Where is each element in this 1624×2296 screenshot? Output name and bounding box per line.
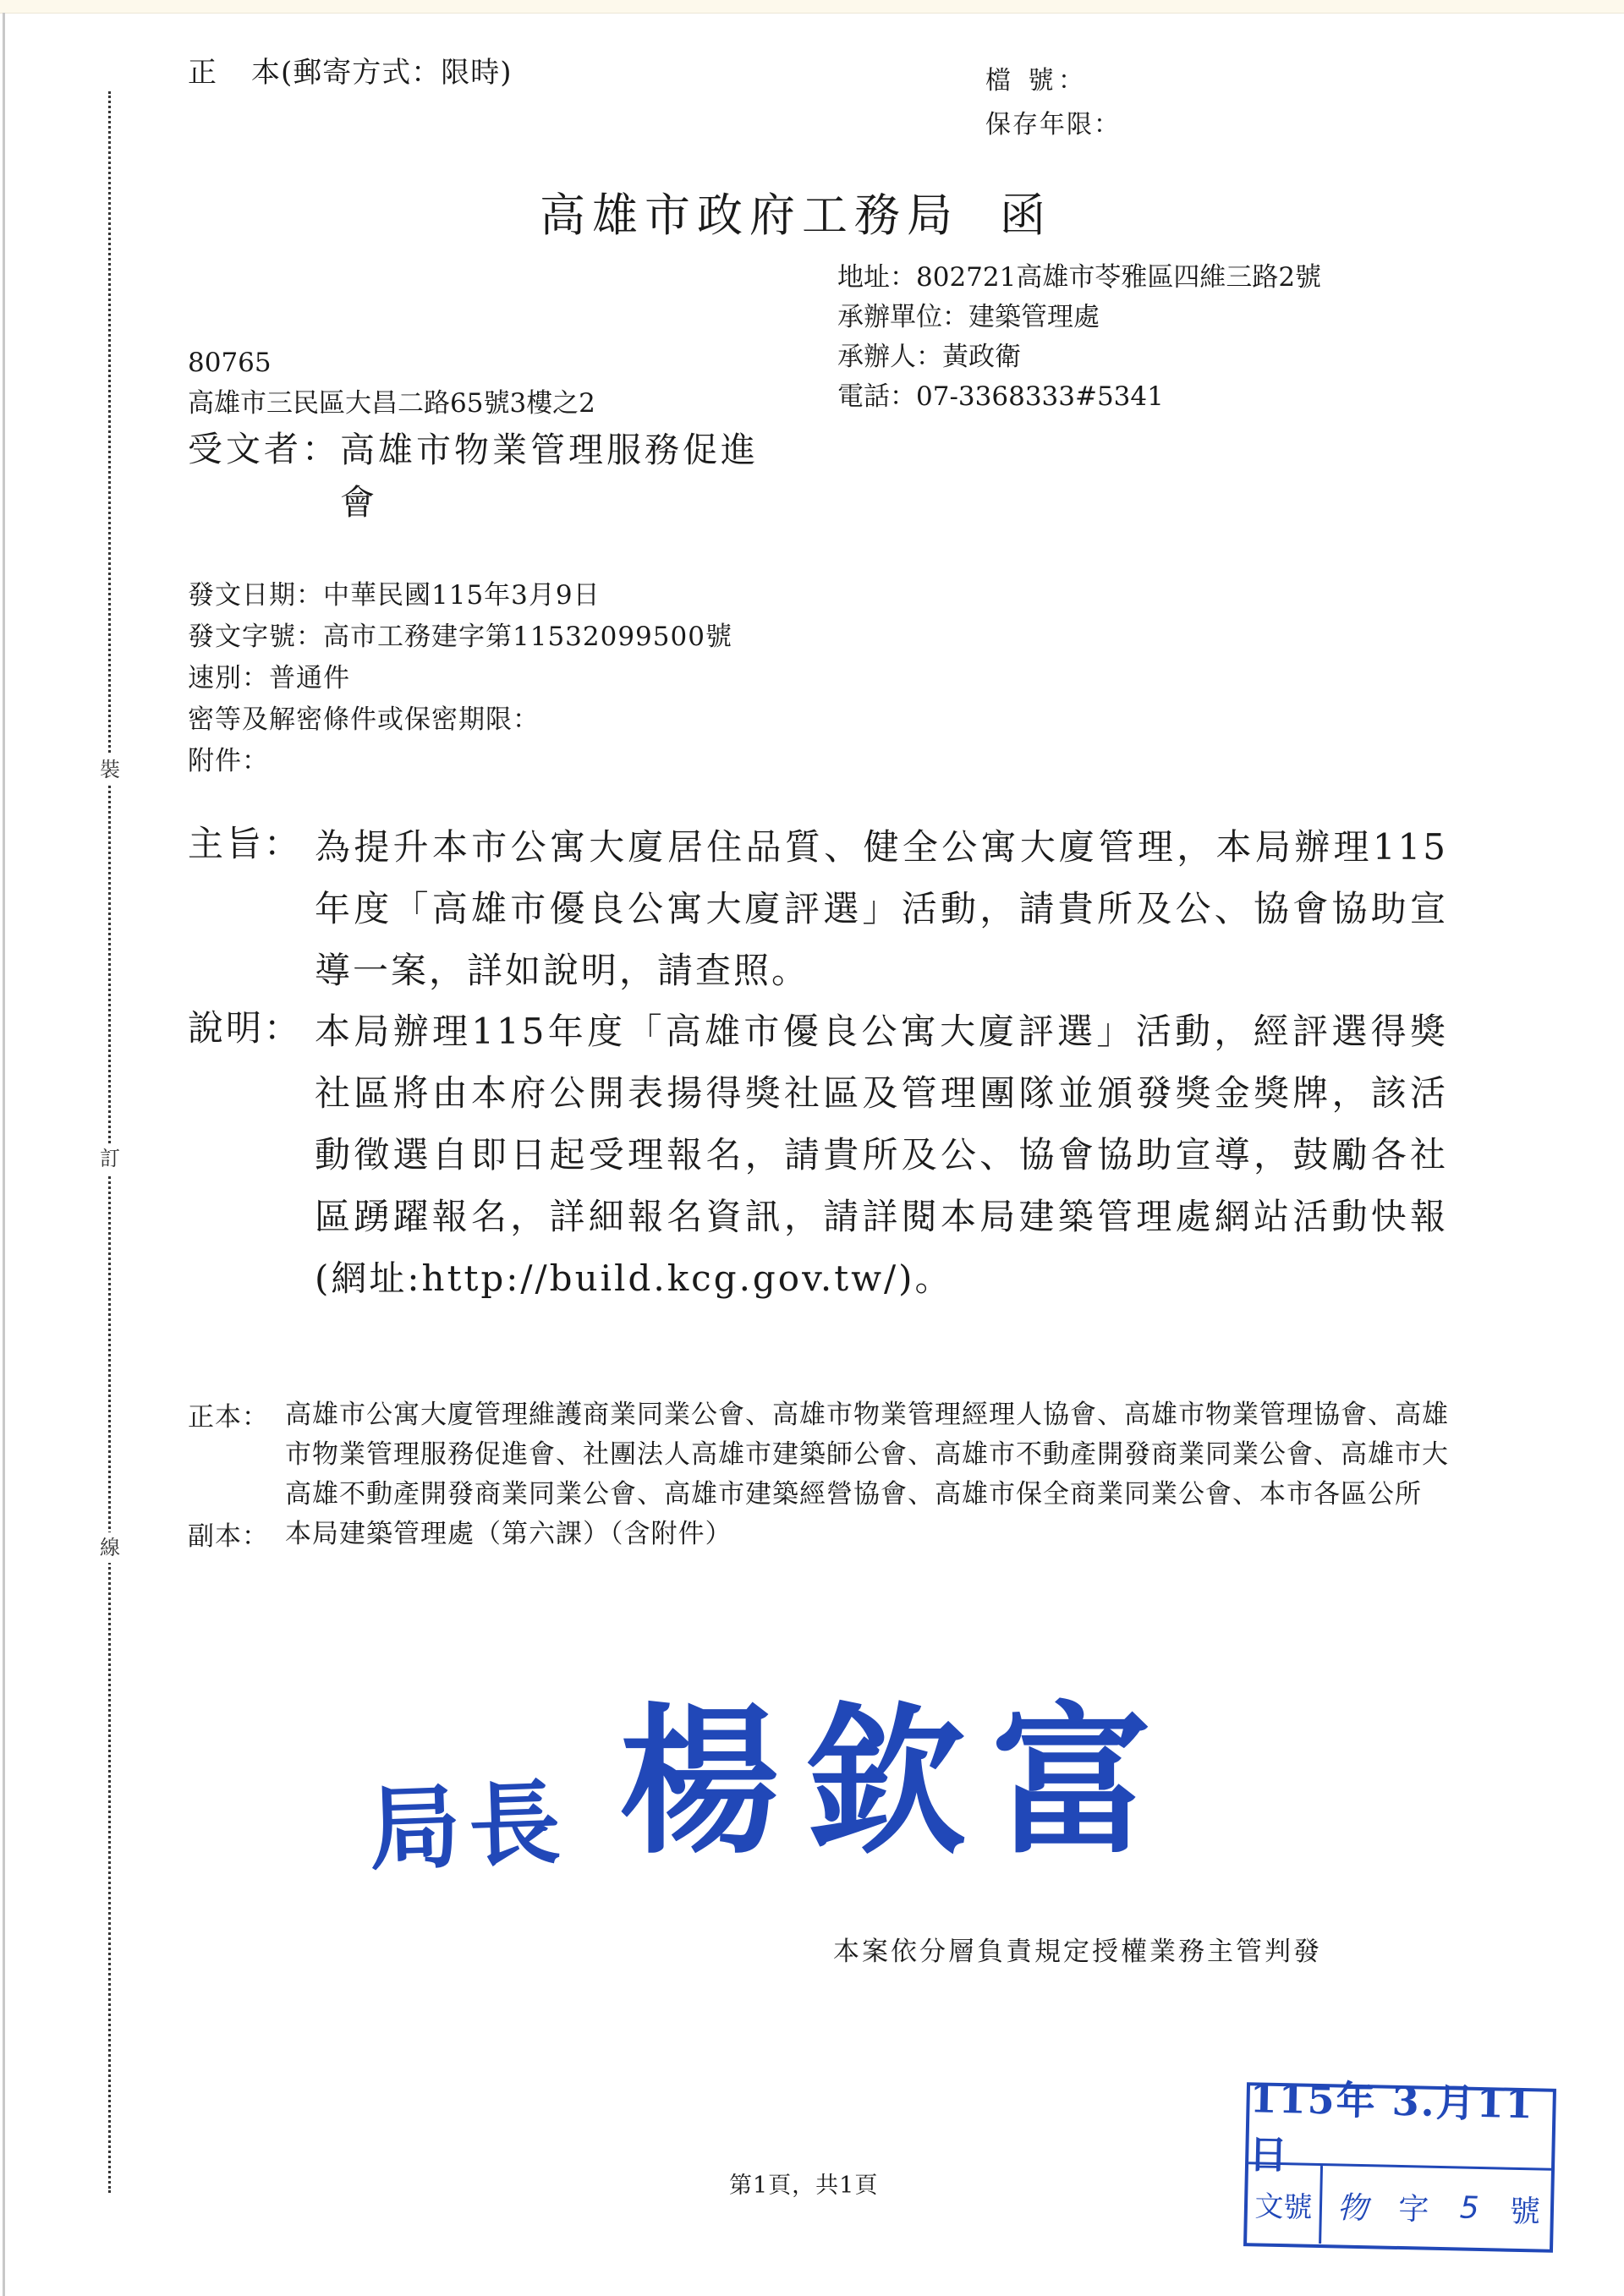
delivery-speed: 速別：普通件 bbox=[188, 658, 732, 699]
scan-left-edge bbox=[3, 13, 5, 2296]
file-number-label-b: 號： bbox=[1029, 66, 1085, 96]
issue-date: 發文日期：中華民國115年3月9日 bbox=[188, 575, 732, 616]
sender-phone: 電話：07-3368333#5341 bbox=[837, 377, 1321, 417]
receipt-number-value: 物 字 5 號 bbox=[1321, 2166, 1551, 2249]
original-recipients-row: 正本： 高雄市公寓大廈管理維護商業同業公會、高雄市物業管理經理人協會、高雄市物業… bbox=[188, 1395, 1457, 1515]
copy-recipients-text: 本局建築管理處（第六課）（含附件） bbox=[285, 1515, 1457, 1554]
recipient-row: 受文者： 高雄市物業管理服務促進會 bbox=[188, 424, 780, 529]
binding-dotted-line bbox=[108, 91, 111, 2193]
binding-mark-zhuang: 裝 bbox=[95, 754, 125, 785]
sender-info: 地址：802721高雄市苓雅區四維三路2號 承辦單位：建築管理處 承辦人：黃政衛… bbox=[837, 258, 1321, 417]
secrecy-level: 密等及解密條件或保密期限： bbox=[188, 699, 732, 741]
scan-top-edge bbox=[0, 0, 1624, 14]
copy-type-char-2: 本 bbox=[251, 56, 281, 90]
copy-recipients-row: 副本： 本局建築管理處（第六課）（含附件） bbox=[188, 1515, 1457, 1554]
recipient-name: 高雄市物業管理服務促進會 bbox=[340, 424, 780, 529]
sender-unit: 承辦單位：建築管理處 bbox=[837, 298, 1321, 337]
receipt-stamp: 115年 3.月11日 文號 物 字 5 號 bbox=[1243, 2082, 1556, 2253]
original-recipients-label: 正本： bbox=[188, 1395, 285, 1515]
doc-kind: 函 bbox=[1000, 189, 1052, 242]
receipt-number: 5 bbox=[1459, 2190, 1479, 2225]
file-meta: 檔 號： 保存年限： bbox=[985, 59, 1121, 147]
recipient-block: 80765 高雄市三民區大昌二路65號3樓之2 受文者： 高雄市物業管理服務促進… bbox=[188, 342, 780, 529]
subject-section: 主旨： 為提升本市公寓大廈居住品質、健全公寓大廈管理，本局辦理115年度「高雄市… bbox=[188, 816, 1457, 1001]
explanation-text: 本局辦理115年度「高雄市優良公寓大廈評選」活動，經評選得獎社區將由本府公開表揚… bbox=[315, 1000, 1448, 1309]
receipt-date: 115年 3.月11日 bbox=[1248, 2085, 1553, 2170]
distribution-list: 正本： 高雄市公寓大廈管理維護商業同業公會、高雄市物業管理經理人協會、高雄市物業… bbox=[188, 1395, 1457, 1554]
original-recipients-text: 高雄市公寓大廈管理維護商業同業公會、高雄市物業管理經理人協會、高雄市物業管理協會… bbox=[285, 1395, 1457, 1515]
subject-text: 為提升本市公寓大廈居住品質、健全公寓大廈管理，本局辦理115年度「高雄市優良公寓… bbox=[315, 816, 1448, 1001]
director-signature-stamp: 局長楊欽富 bbox=[369, 1653, 1177, 1884]
signature-title: 局長 bbox=[366, 1750, 570, 1888]
file-number-row: 檔 號： bbox=[985, 59, 1121, 103]
signature-name: 楊欽富 bbox=[619, 1653, 1177, 1884]
recipient-label: 受文者： bbox=[188, 424, 340, 529]
sender-address: 地址：802721高雄市苓雅區四維三路2號 bbox=[837, 258, 1321, 298]
page-number: 第1頁，共1頁 bbox=[729, 2167, 878, 2200]
file-number-label-a: 檔 bbox=[985, 66, 1015, 96]
binding-mark-xian: 線 bbox=[95, 1532, 125, 1563]
delegation-note: 本案依分層負責規定授權業務主管判發 bbox=[833, 1930, 1322, 1968]
sender-handler: 承辦人：黃政衛 bbox=[837, 337, 1321, 377]
delivery-method: (郵寄方式：限時) bbox=[281, 56, 513, 90]
document-info: 發文日期：中華民國115年3月9日 發文字號：高市工務建字第1153209950… bbox=[188, 575, 732, 782]
attachments: 附件： bbox=[188, 741, 732, 782]
subject-label: 主旨： bbox=[188, 816, 315, 1001]
document-header: 高雄市政府工務局函 bbox=[540, 179, 1052, 244]
receipt-number-row: 文號 物 字 5 號 bbox=[1247, 2164, 1551, 2248]
copy-type-line: 正本(郵寄方式：限時) bbox=[188, 49, 513, 90]
recipient-address: 高雄市三民區大昌二路65號3樓之2 bbox=[188, 383, 780, 424]
receipt-number-char: 字 bbox=[1398, 2184, 1429, 2228]
org-title: 高雄市政府工務局 bbox=[540, 189, 959, 242]
binding-mark-ding: 訂 bbox=[95, 1143, 125, 1174]
explanation-section: 說明： 本局辦理115年度「高雄市優良公寓大廈評選」活動，經評選得獎社區將由本府… bbox=[188, 1000, 1457, 1309]
explanation-label: 說明： bbox=[188, 1000, 315, 1309]
copy-recipients-label: 副本： bbox=[188, 1515, 285, 1554]
copy-type-char-1: 正 bbox=[188, 56, 217, 90]
retention-row: 保存年限： bbox=[985, 103, 1121, 147]
document-number: 發文字號：高市工務建字第11532099500號 bbox=[188, 616, 732, 658]
receipt-number-label: 文號 bbox=[1247, 2164, 1323, 2244]
receipt-number-suffix: 號 bbox=[1509, 2187, 1540, 2231]
recipient-zip: 80765 bbox=[188, 342, 780, 383]
receipt-number-prefix: 物 bbox=[1337, 2184, 1369, 2228]
